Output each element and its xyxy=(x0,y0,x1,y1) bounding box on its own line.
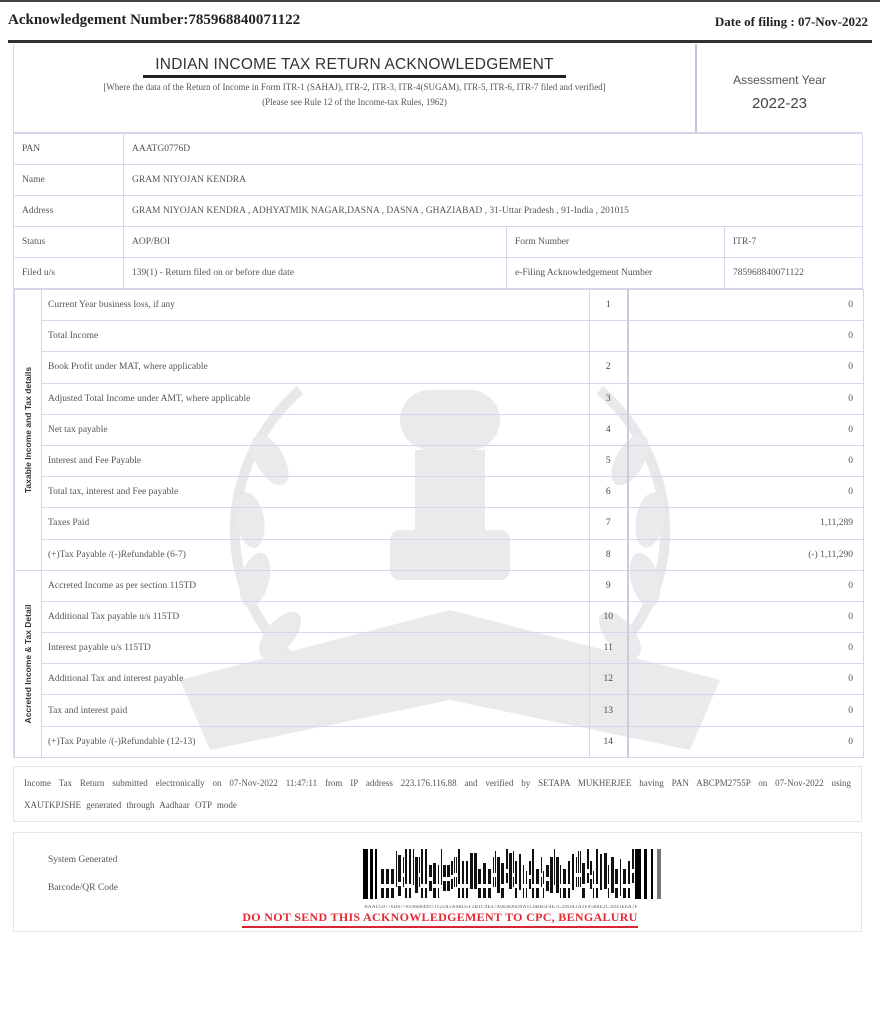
table-row: Total Income0 xyxy=(15,321,864,352)
row-value: 0 xyxy=(628,633,864,664)
row-number: 6 xyxy=(590,477,628,508)
assessment-year-block: Assessment Year 2022-23 xyxy=(697,44,862,132)
row-value: 0 xyxy=(628,477,864,508)
row-description: Total Income xyxy=(42,321,590,352)
row-value: 0 xyxy=(628,445,864,476)
table-row: PAN AAATG0776D xyxy=(14,134,863,165)
row-description: Accreted Income as per section 115TD xyxy=(42,570,590,601)
row-description: (+)Tax Payable /(-)Refundable (6-7) xyxy=(42,539,590,570)
row-value: (-) 1,11,290 xyxy=(628,539,864,570)
row-value: 0 xyxy=(628,570,864,601)
table-row: Interest payable u/s 115TD110 xyxy=(15,633,864,664)
row-value: 0 xyxy=(628,695,864,726)
tax-details-table: Taxable Income and Tax detailsCurrent Ye… xyxy=(14,289,864,758)
row-description: Interest payable u/s 115TD xyxy=(42,633,590,664)
row-number: 7 xyxy=(590,508,628,539)
top-rule xyxy=(0,0,880,2)
table-row: Taxes Paid71,11,289 xyxy=(15,508,864,539)
row-number: 14 xyxy=(590,726,628,757)
form-number-label: Form Number xyxy=(507,227,725,258)
row-value: 1,11,289 xyxy=(628,508,864,539)
status-label: Status xyxy=(14,227,124,258)
name-label: Name xyxy=(14,165,124,196)
row-value: 0 xyxy=(628,352,864,383)
table-row: Interest and Fee Payable50 xyxy=(15,445,864,476)
barcode-label-system-generated: System Generated xyxy=(48,855,117,865)
row-description: Additional Tax and interest payable xyxy=(42,664,590,695)
table-row: Status AOP/BOI Form Number ITR-7 xyxy=(14,227,863,258)
table-row: Book Profit under MAT, where applicable2… xyxy=(15,352,864,383)
row-value: 0 xyxy=(628,383,864,414)
cpc-notice: DO NOT SEND THIS ACKNOWLEDGEMENT TO CPC,… xyxy=(0,908,880,928)
table-row: Accreted Income & Tax DetailAccreted Inc… xyxy=(15,570,864,601)
status-value: AOP/BOI xyxy=(124,227,507,258)
name-value: GRAM NIYOJAN KENDRA xyxy=(124,165,863,196)
table-row: Address GRAM NIYOJAN KENDRA , ADHYATMIK … xyxy=(14,196,863,227)
table-row: Filed u/s 139(1) - Return filed on or be… xyxy=(14,258,863,289)
row-value: 0 xyxy=(628,321,864,352)
accreted-section-label-text: Accreted Income & Tax Detail xyxy=(23,604,33,723)
assessee-details-table: PAN AAATG0776D Name GRAM NIYOJAN KENDRA … xyxy=(13,133,863,289)
title-subtext: [Where the data of the Return of Income … xyxy=(14,82,695,93)
table-row: (+)Tax Payable /(-)Refundable (12-13)140 xyxy=(15,726,864,757)
row-number: 2 xyxy=(590,352,628,383)
pan-value: AAATG0776D xyxy=(124,134,863,165)
row-description: Adjusted Total Income under AMT, where a… xyxy=(42,383,590,414)
barcode-icon xyxy=(363,849,665,899)
assessment-year-value: 2022-23 xyxy=(697,95,862,112)
pan-label: PAN xyxy=(14,134,124,165)
taxable-section-label-text: Taxable Income and Tax details xyxy=(23,367,33,493)
row-description: Current Year business loss, if any xyxy=(42,290,590,321)
table-row: Additional Tax and interest payable120 xyxy=(15,664,864,695)
address-label: Address xyxy=(14,196,124,227)
row-description: Taxes Paid xyxy=(42,508,590,539)
table-row: Net tax payable40 xyxy=(15,414,864,445)
verification-statement: Income Tax Return submitted electronical… xyxy=(13,766,862,822)
table-row: Total tax, interest and Fee payable60 xyxy=(15,477,864,508)
document-header: Acknowledgement Number:785968840071122 D… xyxy=(0,6,880,36)
row-number: 1 xyxy=(590,290,628,321)
filed-us-value: 139(1) - Return filed on or before due d… xyxy=(124,258,507,289)
header-rule xyxy=(8,40,872,43)
row-number: 4 xyxy=(590,414,628,445)
row-description: Interest and Fee Payable xyxy=(42,445,590,476)
row-description: Tax and interest paid xyxy=(42,695,590,726)
cpc-notice-text: DO NOT SEND THIS ACKNOWLEDGEMENT TO CPC,… xyxy=(242,910,637,928)
row-description: Net tax payable xyxy=(42,414,590,445)
table-row: Additional Tax payable u/s 115TD100 xyxy=(15,601,864,632)
row-number: 8 xyxy=(590,539,628,570)
row-description: Book Profit under MAT, where applicable xyxy=(42,352,590,383)
row-value: 0 xyxy=(628,414,864,445)
tax-sections: Taxable Income and Tax detailsCurrent Ye… xyxy=(13,289,862,758)
row-description: Additional Tax payable u/s 115TD xyxy=(42,601,590,632)
row-number: 5 xyxy=(590,445,628,476)
row-value: 0 xyxy=(628,601,864,632)
assessment-year-label: Assessment Year xyxy=(697,73,862,87)
title-section: INDIAN INCOME TAX RETURN ACKNOWLEDGEMENT… xyxy=(13,44,862,133)
form-number-value: ITR-7 xyxy=(725,227,863,258)
table-row: Tax and interest paid130 xyxy=(15,695,864,726)
row-number xyxy=(590,321,628,352)
efiling-ack-label: e-Filing Acknowledgement Number xyxy=(507,258,725,289)
row-value: 0 xyxy=(628,664,864,695)
filed-us-label: Filed u/s xyxy=(14,258,124,289)
table-row: Name GRAM NIYOJAN KENDRA xyxy=(14,165,863,196)
document-title: INDIAN INCOME TAX RETURN ACKNOWLEDGEMENT xyxy=(143,56,565,78)
row-number: 13 xyxy=(590,695,628,726)
date-of-filing: Date of filing : 07-Nov-2022 xyxy=(715,14,868,30)
efiling-ack-value: 785968840071122 xyxy=(725,258,863,289)
acknowledgement-document: INDIAN INCOME TAX RETURN ACKNOWLEDGEMENT… xyxy=(13,44,862,932)
address-value: GRAM NIYOJAN KENDRA , ADHYATMIK NAGAR,DA… xyxy=(124,196,863,227)
row-value: 0 xyxy=(628,726,864,757)
title-rule-reference: (Please see Rule 12 of the Income-tax Ru… xyxy=(14,97,695,108)
table-row: Adjusted Total Income under AMT, where a… xyxy=(15,383,864,414)
row-number: 12 xyxy=(590,664,628,695)
acknowledgement-number: Acknowledgement Number:785968840071122 xyxy=(8,12,300,29)
row-number: 3 xyxy=(590,383,628,414)
row-description: (+)Tax Payable /(-)Refundable (12-13) xyxy=(42,726,590,757)
row-number: 9 xyxy=(590,570,628,601)
table-row: Taxable Income and Tax detailsCurrent Ye… xyxy=(15,290,864,321)
row-description: Total tax, interest and Fee payable xyxy=(42,477,590,508)
accreted-section-label: Accreted Income & Tax Detail xyxy=(15,570,42,757)
taxable-section-label: Taxable Income and Tax details xyxy=(15,290,42,571)
row-number: 11 xyxy=(590,633,628,664)
row-number: 10 xyxy=(590,601,628,632)
title-block: INDIAN INCOME TAX RETURN ACKNOWLEDGEMENT… xyxy=(14,44,697,132)
barcode-label-qr-code: Barcode/QR Code xyxy=(48,883,118,893)
row-value: 0 xyxy=(628,290,864,321)
table-row: (+)Tax Payable /(-)Refundable (6-7)8(-) … xyxy=(15,539,864,570)
